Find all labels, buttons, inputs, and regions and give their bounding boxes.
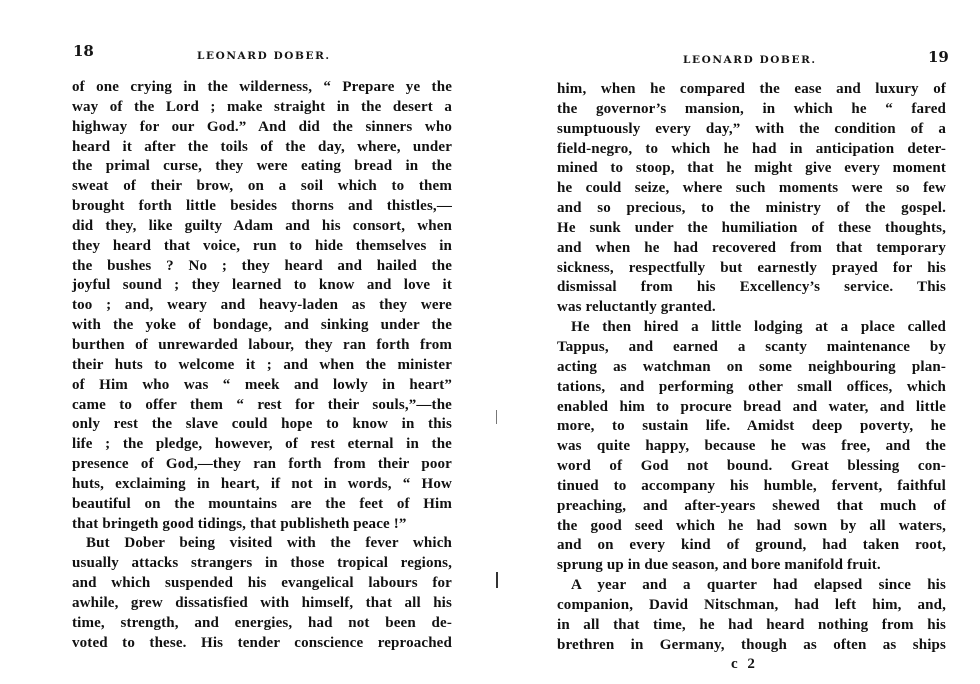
text-line: and so precious, to the ministry of the …	[557, 199, 946, 219]
text-line: presence of God,—they ran forth from the…	[72, 455, 452, 475]
text-line: A year and a quarter had elapsed since h…	[557, 576, 946, 596]
text-line: sweat of their brow, on a soil which to …	[72, 177, 452, 197]
text-line: of one crying in the wilderness, “ Prepa…	[72, 78, 452, 98]
text-line: him, when he compared the ease and luxur…	[557, 80, 946, 100]
text-line: the bushes ? No ; they heard and hailed …	[72, 257, 452, 277]
text-line: acting as watchman on some neighbouring …	[557, 358, 946, 378]
text-line: he could seize, where such moments were …	[557, 179, 946, 199]
text-line: of Him who was “ meek and lowly in heart…	[72, 376, 452, 396]
text-line: He then hired a little lodging at a plac…	[557, 318, 946, 338]
text-line: more, to sustain life. Amidst deep pover…	[557, 417, 946, 437]
text-line: only rest the slave could hope to know i…	[72, 415, 452, 435]
text-line: Tappus, and earned a scanty maintenance …	[557, 338, 946, 358]
text-line: heard it after the toils of the day, whe…	[72, 138, 452, 158]
text-line: tations, and performing other small offi…	[557, 378, 946, 398]
text-line: word of God not bound. Great blessing co…	[557, 457, 946, 477]
right-page: LEONARD DOBER. 19 him, when he compared …	[490, 0, 980, 684]
text-line: came to offer them “ rest for their soul…	[72, 396, 452, 416]
body-text: of one crying in the wilderness, “ Prepa…	[72, 78, 452, 653]
text-line: He sunk under the humiliation of these t…	[557, 219, 946, 239]
text-line: they heard that voice, run to hide thems…	[72, 237, 452, 257]
text-line: in all that time, he had heard nothing f…	[557, 616, 946, 636]
text-line: enabled him to procure bread and water, …	[557, 398, 946, 418]
gutter-speck	[496, 410, 497, 424]
text-line: their huts to welcome it ; and when the …	[72, 356, 452, 376]
signature-mark: c 2	[731, 656, 758, 673]
text-line: preaching, and after-years shewed that m…	[557, 497, 946, 517]
text-line: burthen of unrewarded labour, they ran f…	[72, 336, 452, 356]
text-line: sickness, respectfully but earnestly pra…	[557, 259, 946, 279]
text-line: field-negro, to which he had in anticipa…	[557, 140, 946, 160]
text-line: that bringeth good tidings, that publish…	[72, 515, 452, 535]
text-line: companion, David Nitschman, had left him…	[557, 596, 946, 616]
text-line: tinued to accompany his humble, fervent,…	[557, 477, 946, 497]
text-line: the governor’s mansion, in which he “ fa…	[557, 100, 946, 120]
text-line: dismissal from his Excellency’s service.…	[557, 278, 946, 298]
body-text: him, when he compared the ease and luxur…	[557, 80, 946, 655]
text-line: usually attacks strangers in those tropi…	[72, 554, 452, 574]
text-line: and on every kind of ground, had taken r…	[557, 536, 946, 556]
text-line: and which suspended his evangelical labo…	[72, 574, 452, 594]
text-line: sumptuously every day,” with the conditi…	[557, 120, 946, 140]
text-line: the good seed which he had sown by all w…	[557, 517, 946, 537]
text-line: brethren in Germany, though as often as …	[557, 636, 946, 656]
running-head: LEONARD DOBER.	[197, 50, 331, 62]
text-line: too ; and, weary and heavy-laden as they…	[72, 296, 452, 316]
text-line: sprung up in due season, and bore manifo…	[557, 556, 946, 576]
text-line: beautiful on the mountains are the feet …	[72, 495, 452, 515]
text-line: mined to stoop, that he might give every…	[557, 159, 946, 179]
text-line: was quite happy, because he was free, an…	[557, 437, 946, 457]
gutter-speck	[496, 572, 498, 588]
text-line: voted to these. His tender conscience re…	[72, 634, 452, 654]
text-line: the primal curse, they were eating bread…	[72, 157, 452, 177]
page-number: 18	[73, 42, 94, 60]
text-line: did they, like guilty Adam and his conso…	[72, 217, 452, 237]
text-line: life ; the pledge, however, of rest eter…	[72, 435, 452, 455]
text-line: with the yoke of bondage, and sinking un…	[72, 316, 452, 336]
text-line: But Dober being visited with the fever w…	[72, 534, 452, 554]
text-line: awhile, grew dissatisfied with himself, …	[72, 594, 452, 614]
text-line: and when he had recovered from that temp…	[557, 239, 946, 259]
text-line: highway for our God.” And did the sinner…	[72, 118, 452, 138]
left-page: 18 LEONARD DOBER. of one crying in the w…	[0, 0, 490, 684]
running-head: LEONARD DOBER.	[683, 54, 817, 66]
text-line: huts, exclaiming in heart, if not in wor…	[72, 475, 452, 495]
text-line: joyful sound ; they learned to know and …	[72, 276, 452, 296]
text-line: was reluctantly granted.	[557, 298, 946, 318]
text-line: brought forth little besides thorns and …	[72, 197, 452, 217]
page-number: 19	[928, 48, 949, 66]
text-line: way of the Lord ; make straight in the d…	[72, 98, 452, 118]
text-line: time, strength, and energies, had not be…	[72, 614, 452, 634]
